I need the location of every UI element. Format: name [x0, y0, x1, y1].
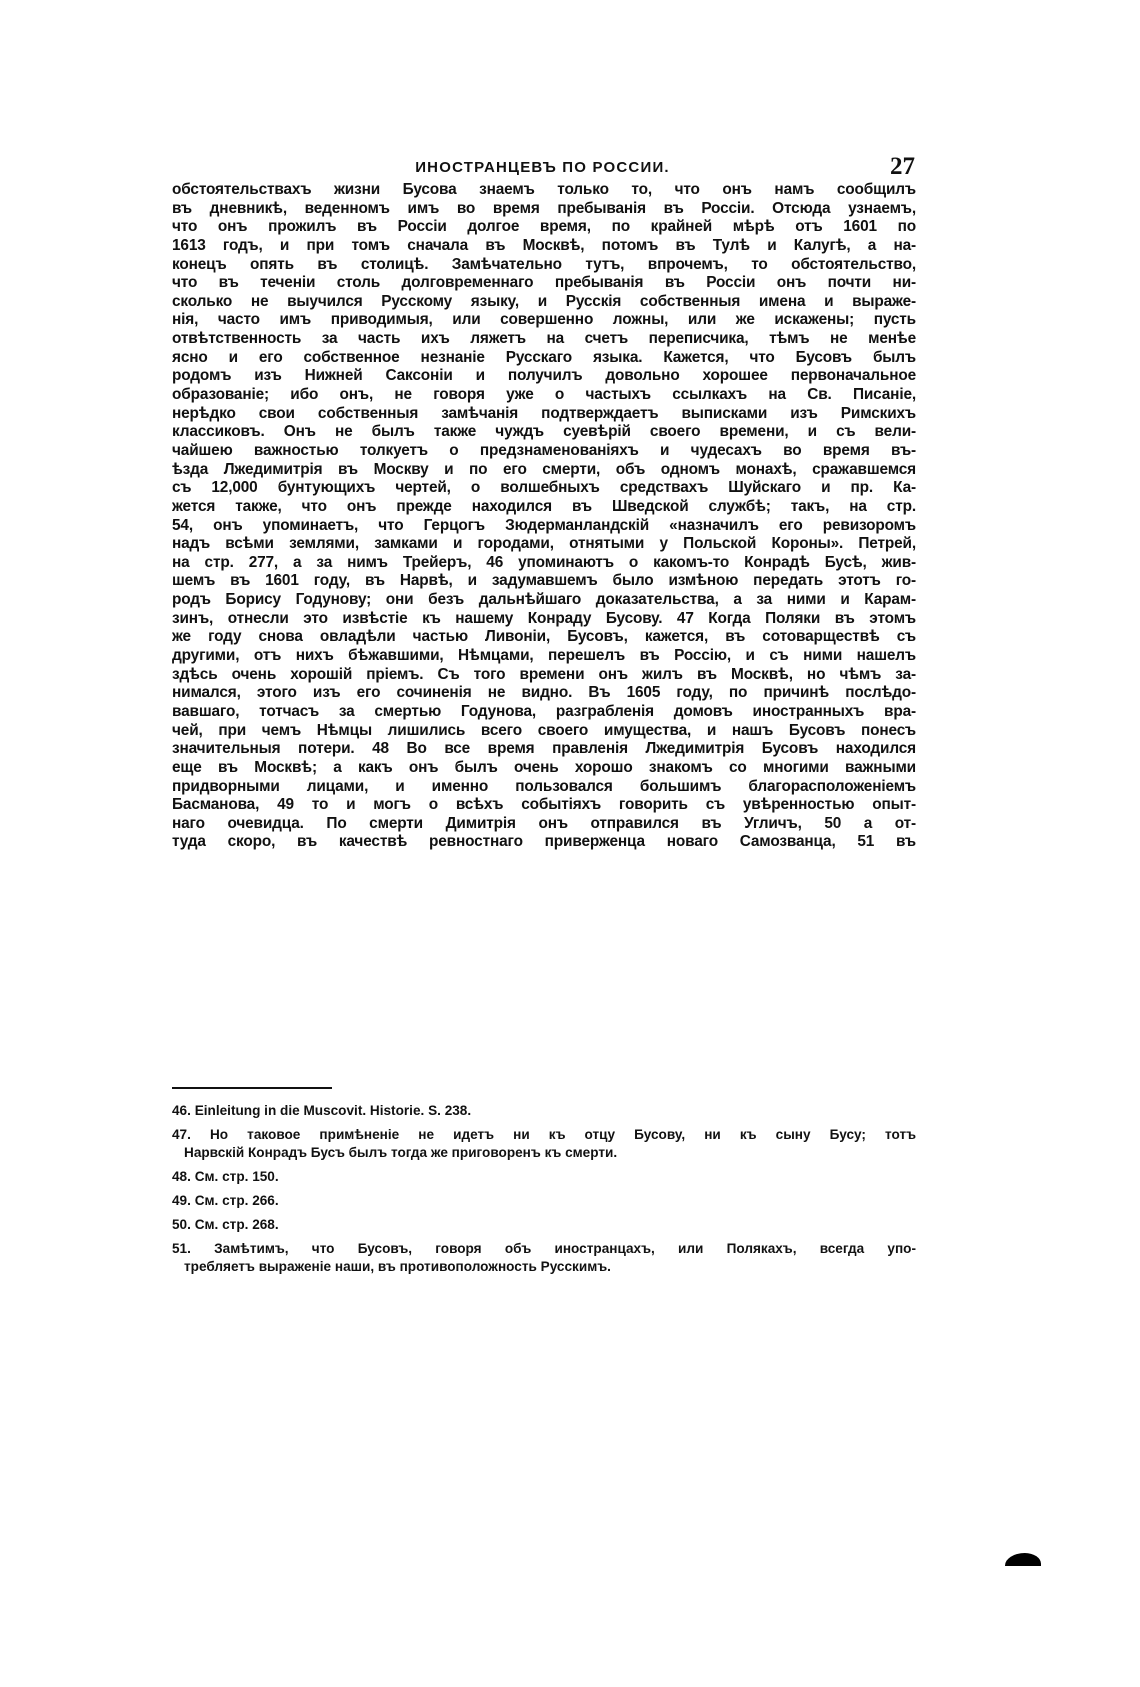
body-line: Басманова, 49 то и могъ о всѣхъ событіях…	[172, 796, 916, 815]
scan-ink-blot	[1005, 1553, 1041, 1566]
body-line: въ дневникѣ, веденномъ имъ во время преб…	[172, 200, 916, 219]
body-text: обстоятельствахъ жизни Бусова знаемъ тол…	[172, 181, 916, 852]
body-line: ѣзда Лжедимитрія въ Москву и по его смер…	[172, 461, 916, 480]
footnote-text: См. стр. 150.	[195, 1169, 279, 1184]
footnote-number: 50.	[172, 1217, 191, 1232]
footnote-text: См. стр. 266.	[195, 1193, 279, 1208]
footnote-46: 46. Einleitung in die Muscovit. Historie…	[172, 1102, 916, 1120]
body-line: туда скоро, въ качествѣ ревностнаго прив…	[172, 833, 916, 852]
body-line: шемъ въ 1601 году, въ Нарвѣ, и задумавше…	[172, 572, 916, 591]
body-line: жется также, что онъ прежде находился въ…	[172, 498, 916, 517]
footnote-text: См. стр. 268.	[195, 1217, 279, 1232]
footnote-number: 51.	[172, 1241, 191, 1256]
footnote-47: 47. Но таковое примѣненіе не идетъ ни къ…	[172, 1126, 916, 1162]
body-line: родомъ изъ Нижней Саксоніи и получилъ до…	[172, 367, 916, 386]
footnote-number: 46.	[172, 1103, 191, 1118]
footnote-text: Замѣтимъ, что Бусовъ, говоря объ иностра…	[214, 1241, 916, 1256]
body-line: родъ Борису Годунову; они безъ дальнѣйша…	[172, 591, 916, 610]
footnote-text: Нарвскій Конрадъ Бусъ былъ тогда же приг…	[172, 1144, 916, 1162]
body-line: нерѣдко свои собственныя замѣчанія подтв…	[172, 405, 916, 424]
body-line: нія, часто имъ приводимыя, или совершенн…	[172, 311, 916, 330]
body-line: еще въ Москвѣ; а какъ онъ былъ очень хор…	[172, 759, 916, 778]
footnote-rule	[172, 1087, 332, 1089]
footnote-49: 49. См. стр. 266.	[172, 1192, 916, 1210]
body-line: сколько не выучился Русскому языку, и Ру…	[172, 293, 916, 312]
body-line: обстоятельствахъ жизни Бусова знаемъ тол…	[172, 181, 916, 200]
body-line: придворными лицами, и именно пользовался…	[172, 778, 916, 797]
body-line: на стр. 277, а за нимъ Трейеръ, 46 упоми…	[172, 554, 916, 573]
body-line: что онъ прожилъ въ Россіи долгое время, …	[172, 218, 916, 237]
footnote-number: 48.	[172, 1169, 191, 1184]
footnote-51: 51. Замѣтимъ, что Бусовъ, говоря объ ино…	[172, 1240, 916, 1276]
page-number: 27	[890, 153, 915, 181]
footnote-text: Einleitung in die Muscovit. Historie. S.…	[195, 1103, 471, 1118]
footnote-text: Но таковое примѣненіе не идетъ ни къ отц…	[210, 1127, 916, 1142]
body-line: чей, при чемъ Нѣмцы лишились всего своег…	[172, 722, 916, 741]
body-line: классиковъ. Онъ не былъ также чуждъ суев…	[172, 423, 916, 442]
body-line: чайшею важностью толкуетъ о предзнаменов…	[172, 442, 916, 461]
body-line: 54, онъ упоминаетъ, что Герцогъ Зюдерман…	[172, 517, 916, 536]
body-line: ясно и его собственное незнаніе Русскаго…	[172, 349, 916, 368]
body-line: съ 12,000 бунтующихъ чертей, о волшебных…	[172, 479, 916, 498]
body-line: конецъ опять въ столицѣ. Замѣчательно ту…	[172, 256, 916, 275]
body-line: нимался, этого изъ его сочиненія не видн…	[172, 684, 916, 703]
body-line: здѣсь очень хорошій пріемъ. Съ того врем…	[172, 666, 916, 685]
footnote-text: требляетъ выраженіе наши, въ противополо…	[172, 1258, 916, 1276]
footnotes: 46. Einleitung in die Muscovit. Historie…	[172, 1102, 916, 1282]
body-line: другими, отъ нихъ бѣжавшими, Нѣмцами, пе…	[172, 647, 916, 666]
body-line: надъ всѣми землями, замками и городами, …	[172, 535, 916, 554]
footnote-48: 48. См. стр. 150.	[172, 1168, 916, 1186]
running-title: ИНОСТРАНЦЕВЪ ПО РОССИИ.	[170, 159, 915, 176]
body-line: что въ теченіи столь долговременнаго пре…	[172, 274, 916, 293]
body-line: вавшаго, тотчасъ за смертью Годунова, ра…	[172, 703, 916, 722]
footnote-50: 50. См. стр. 268.	[172, 1216, 916, 1234]
body-line: зинъ, отнесли это извѣстіе къ нашему Кон…	[172, 610, 916, 629]
body-line: отвѣтственность за часть ихъ ляжетъ на с…	[172, 330, 916, 349]
body-line: наго очевидца. По смерти Димитрія онъ от…	[172, 815, 916, 834]
running-head: ИНОСТРАНЦЕВЪ ПО РОССИИ. 27	[170, 155, 915, 179]
footnote-number: 47.	[172, 1127, 191, 1142]
book-page: ИНОСТРАНЦЕВЪ ПО РОССИИ. 27 обстоятельств…	[0, 0, 1140, 1687]
body-line: образованіе; ибо онъ, не говоря уже о ча…	[172, 386, 916, 405]
body-line: значительныя потери. 48 Во все время пра…	[172, 740, 916, 759]
footnote-number: 49.	[172, 1193, 191, 1208]
body-line: же году снова овладѣли частью Ливоніи, Б…	[172, 628, 916, 647]
body-line: 1613 годъ, и при томъ сначала въ Москвѣ,…	[172, 237, 916, 256]
